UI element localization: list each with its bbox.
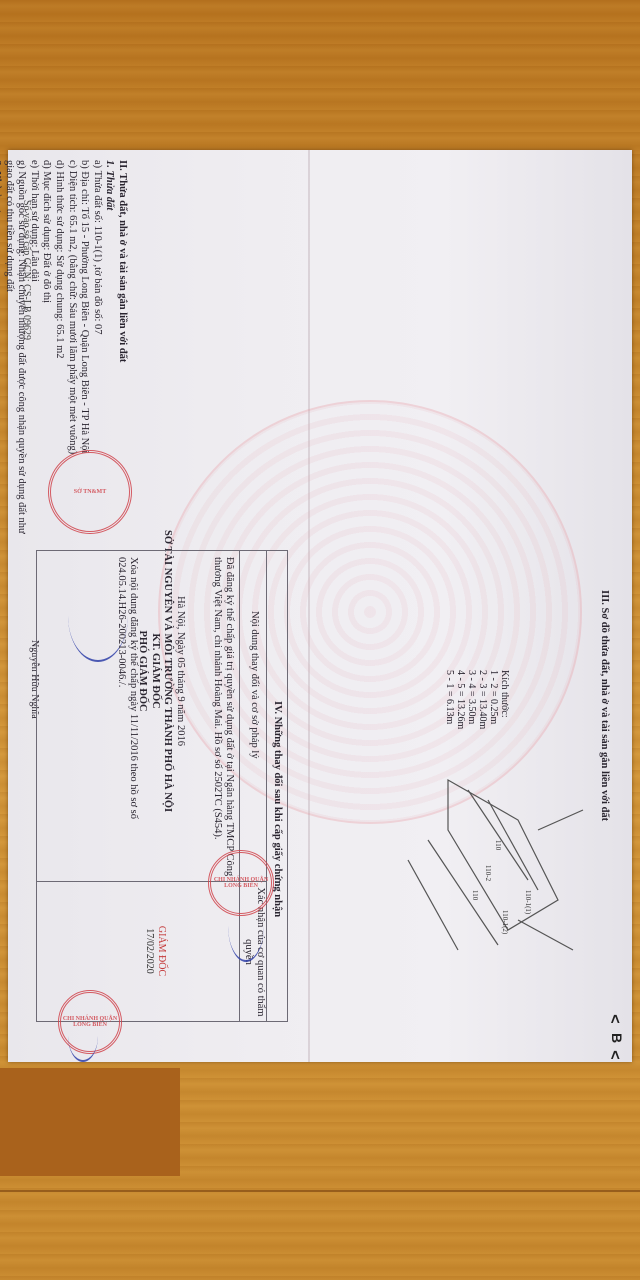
confirm-role: GIÁM ĐỐC: [155, 891, 167, 1011]
dim-row: 5 - 1 = 6.13m: [444, 670, 455, 729]
subsection-house: 2. Nhà ở: [0, 160, 2, 197]
dims-title: Kích thước:: [499, 670, 510, 729]
svg-text:110-2: 110-2: [484, 865, 492, 882]
section-label: B: [609, 1033, 625, 1043]
confirm-date: 17/02/2020: [143, 891, 155, 1011]
dim-row: 4 - 5 = 13.26m: [455, 670, 466, 729]
blue-signature: [228, 890, 264, 962]
dark-wood-plank: [0, 1068, 180, 1176]
plot-line: giao đất có thu tiền sử dụng đất: [2, 160, 15, 534]
table-seam: [0, 1190, 640, 1192]
col-change-content: Nội dung thay đổi và cơ sở pháp lý: [247, 611, 260, 759]
official-red-stamp: SỞ TN&MT: [48, 450, 132, 534]
svg-text:110-1(1): 110-1(1): [524, 890, 532, 915]
dim-row: 1 - 2 = 0.25m: [488, 670, 499, 729]
section-arrow-icon: >: [608, 1050, 626, 1059]
svg-text:110: 110: [471, 890, 479, 901]
svg-text:110: 110: [494, 840, 502, 851]
section-arrow-icon: >: [608, 1014, 626, 1023]
dimension-list: Kích thước: 1 - 2 = 0.25m 2 - 3 = 13.40m…: [444, 670, 510, 729]
blue-signature: [68, 1010, 98, 1062]
register-number: Số vào sổ cấp GCN: CS-LB 09629: [19, 200, 32, 340]
parcel-diagram: 110 110-2 110 110-1(1) 110-1(2): [388, 770, 588, 960]
change-entry-mortgage: Đã đăng ký thế chấp giá trị quyền sử dụn…: [211, 557, 235, 877]
land-use-certificate: II. Thửa đất, nhà ở và tài sản gắn liền …: [8, 150, 632, 1062]
dim-row: 3 - 4 = 3.50m: [466, 670, 477, 729]
authority-confirmation: GIÁM ĐỐC 17/02/2020: [143, 891, 167, 1011]
svg-text:110-1(2): 110-1(2): [501, 910, 509, 935]
section-iii-title: III. Sơ đồ thửa đất, nhà ở và tài sản gắ…: [597, 590, 610, 821]
house-value: -/-: [0, 205, 2, 215]
dim-row: 2 - 3 = 13.40m: [477, 670, 488, 729]
change-entry-release: Xóa nội dung đăng ký thế chấp ngày 11/11…: [115, 557, 139, 877]
